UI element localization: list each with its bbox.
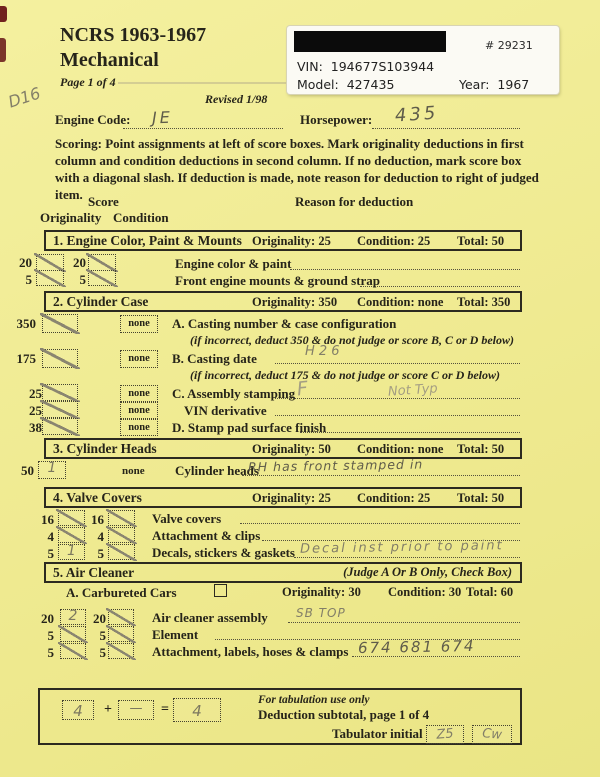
- s1r2-reason-line: [360, 272, 520, 287]
- page-number-note: Page 1 of 4: [60, 75, 116, 90]
- s1r2-scorebox-cond: [88, 270, 116, 286]
- section4-title: 4. Valve Covers: [53, 490, 142, 506]
- s1r1-points-orig: 20: [4, 255, 32, 271]
- reason-column-header: Reason for deduction: [295, 194, 413, 210]
- tab-box1-handwriting: 4: [63, 702, 93, 720]
- scan-smudge: [118, 82, 308, 84]
- s2rD-scorebox: [42, 401, 78, 418]
- section5-header: 5. Air Cleaner (Judge A Or B Only, Check…: [44, 562, 522, 583]
- s1r1-reason-line: [290, 255, 520, 270]
- s5r1-reason-line: [288, 609, 520, 623]
- section2-title: 2. Cylinder Case: [53, 294, 148, 310]
- s5r1-points-orig: 20: [26, 611, 54, 627]
- section3-total: Total: 50: [457, 442, 504, 457]
- section1-header: 1. Engine Color, Paint & Mounts Original…: [44, 230, 522, 251]
- s5-total: Total: 60: [466, 585, 513, 600]
- engine-code-label: Engine Code:: [55, 112, 130, 128]
- section4-originality: Originality: 25: [252, 491, 331, 506]
- section5-right-note: (Judge A Or B Only, Check Box): [343, 565, 512, 580]
- tabulator-initial-box2: Cw: [472, 725, 512, 744]
- s4r3-item-label: Decals, stickers & gaskets: [152, 545, 295, 561]
- s2rA-points: 350: [8, 316, 36, 332]
- s2rE-reason-line: [300, 419, 520, 433]
- vin-label: VIN:: [297, 59, 323, 74]
- s2rD-none-box: none: [120, 402, 158, 419]
- s3r1-points: 50: [6, 463, 34, 479]
- engine-code-handwriting: JE: [152, 108, 173, 128]
- s4r1-points-orig: 16: [26, 512, 54, 528]
- model-value: 427435: [347, 77, 395, 92]
- scanned-form-page: NCRS 1963-1967 Mechanical Page 1 of 4 Re…: [0, 0, 600, 777]
- section4-header: 4. Valve Covers Originality: 25 Conditio…: [44, 487, 522, 508]
- s2rB-note: (if incorrect, deduct 175 & do not judge…: [190, 368, 500, 383]
- engine-code-line: [123, 112, 283, 129]
- tab-box1: 4: [62, 700, 94, 720]
- revision-note: Revised 1/98: [205, 92, 267, 107]
- s4r3-points-orig: 5: [26, 546, 54, 562]
- condition-column-header: Condition: [113, 210, 169, 226]
- s1r2-points-cond: 5: [58, 272, 86, 288]
- tabulator-initials-2: Cw: [472, 725, 511, 744]
- s2rB-points: 175: [8, 351, 36, 367]
- s2rA-none-box: none: [120, 315, 158, 333]
- section3-title: 3. Cylinder Heads: [53, 441, 157, 457]
- section1-condition: Condition: 25: [357, 234, 430, 249]
- s5-originality: Originality: 30: [282, 585, 361, 600]
- s3r1-reason-line: [242, 462, 520, 476]
- s2rA-item-label: A. Casting number & case configuration: [172, 316, 396, 332]
- vin-sticker: # 29231 VIN: 194677S103944 Model: 427435…: [287, 26, 559, 94]
- s5r3-scorebox-cond: [108, 643, 134, 659]
- section3-originality: Originality: 50: [252, 442, 331, 457]
- s3r1-scorebox: 1: [38, 461, 66, 479]
- s2rE-points: 38: [14, 420, 42, 436]
- s4r1-reason-line: [240, 510, 520, 524]
- s4r1-scorebox-cond: [108, 510, 135, 526]
- s2rE-none-box: none: [120, 419, 158, 436]
- s5r3-item-label: Attachment, labels, hoses & clamps: [152, 644, 348, 660]
- s1r2-points-orig: 5: [4, 272, 32, 288]
- s2rD-item-label: VIN derivative: [184, 403, 267, 419]
- s5r2-points-orig: 5: [26, 628, 54, 644]
- s2rB-item-label: B. Casting date: [172, 351, 257, 367]
- s3r1-score-mark: 1: [39, 460, 65, 476]
- form-title-line2: Mechanical: [60, 49, 159, 72]
- section2-originality: Originality: 350: [252, 295, 337, 310]
- score-column-header: Score: [88, 194, 119, 210]
- tab-box2: —: [118, 700, 154, 720]
- originality-column-header: Originality: [40, 210, 101, 226]
- s5r1-item-label: Air cleaner assembly: [152, 610, 268, 626]
- section3-condition: Condition: none: [357, 442, 443, 457]
- tabulator-initial-box1: Z5: [426, 725, 464, 744]
- year-value: 1967: [497, 77, 529, 92]
- s2rB-reason-line: [275, 350, 520, 364]
- s4r2-points-orig: 4: [26, 529, 54, 545]
- deduction-subtotal-label: Deduction subtotal, page 1 of 4: [258, 707, 429, 723]
- tab-box2-handwriting: —: [119, 701, 153, 716]
- section1-title: 1. Engine Color, Paint & Mounts: [53, 233, 242, 249]
- s2rC-points: 25: [14, 386, 42, 402]
- s2rE-scorebox: [42, 418, 78, 435]
- tabulation-box: 4 + — = 4 For tabulation use only Deduct…: [38, 688, 522, 745]
- s5r2-scorebox-cond: [108, 626, 134, 642]
- section2-condition: Condition: none: [357, 295, 443, 310]
- s5-subsection-label: A. Carbureted Cars: [66, 585, 177, 601]
- redaction-bar: [294, 31, 446, 52]
- horsepower-handwriting: 435: [394, 103, 439, 127]
- section5-title: 5. Air Cleaner: [53, 565, 134, 581]
- edge-mark-top: [0, 6, 7, 22]
- s2rC-none-box: none: [120, 385, 158, 402]
- s5r1-scorebox-cond: [108, 609, 134, 625]
- edge-mark-lower: [0, 38, 6, 62]
- section1-total: Total: 50: [457, 234, 504, 249]
- section3-header: 3. Cylinder Heads Originality: 50 Condit…: [44, 438, 522, 459]
- section1-originality: Originality: 25: [252, 234, 331, 249]
- form-title-line1: NCRS 1963-1967: [60, 24, 206, 47]
- s4r3-reason-line: [294, 544, 520, 558]
- year-label: Year:: [459, 77, 489, 92]
- vin-value: 194677S103944: [331, 59, 434, 74]
- s2rA-scorebox: [42, 314, 78, 333]
- s2rB-none-box: none: [120, 350, 158, 368]
- s2rD-points: 25: [14, 403, 42, 419]
- model-label: Model:: [297, 77, 339, 92]
- section4-condition: Condition: 25: [357, 491, 430, 506]
- s4r2-scorebox-cond: [108, 527, 135, 543]
- s1r2-item-label: Front engine mounts & ground strap: [175, 273, 380, 289]
- s5r3-points-cond: 5: [78, 645, 106, 661]
- tab-plus-sign: +: [104, 702, 112, 718]
- s5-carbureted-checkbox: [214, 584, 227, 597]
- tabulation-heading: For tabulation use only: [258, 694, 370, 706]
- sticker-model-row: Model: 427435: [297, 77, 394, 92]
- corner-handwritten-mark: D16: [6, 83, 43, 111]
- s2rC-reason-line: [275, 385, 520, 399]
- horsepower-label: Horsepower:: [300, 112, 372, 128]
- s1r1-item-label: Engine color & paint: [175, 256, 291, 272]
- s2rA-note: (if incorrect, deduct 350 & do not judge…: [190, 333, 514, 348]
- tabulator-initial-label: Tabulator initial: [332, 726, 423, 742]
- section2-total: Total: 350: [457, 295, 510, 310]
- s2rB-scorebox: [42, 349, 78, 368]
- s4r3-points-cond: 5: [76, 546, 104, 562]
- s3r1-none-text: none: [122, 465, 145, 477]
- s4r2-item-label: Attachment & clips: [152, 528, 260, 544]
- s5-condition: Condition: 30: [388, 585, 461, 600]
- s4r1-item-label: Valve covers: [152, 511, 221, 527]
- section4-total: Total: 50: [457, 491, 504, 506]
- tab-box3: 4: [173, 698, 221, 722]
- s5r2-item-label: Element: [152, 627, 198, 643]
- s2rC-scorebox: [42, 384, 78, 401]
- s5r3-points-orig: 5: [26, 645, 54, 661]
- sticker-year-row: Year: 1967: [459, 77, 529, 92]
- tabulator-initials-1: Z5: [426, 725, 463, 743]
- sticker-number: # 29231: [485, 39, 533, 52]
- s4r3-scorebox-cond: [108, 544, 135, 560]
- s5r3-reason-line: [352, 643, 520, 657]
- s2rD-reason-line: [275, 402, 520, 416]
- tab-equals-sign: =: [161, 702, 169, 718]
- sticker-vin-row: VIN: 194677S103944: [297, 59, 434, 74]
- tab-box3-handwriting: 4: [174, 702, 220, 720]
- section2-header: 2. Cylinder Case Originality: 350 Condit…: [44, 291, 522, 312]
